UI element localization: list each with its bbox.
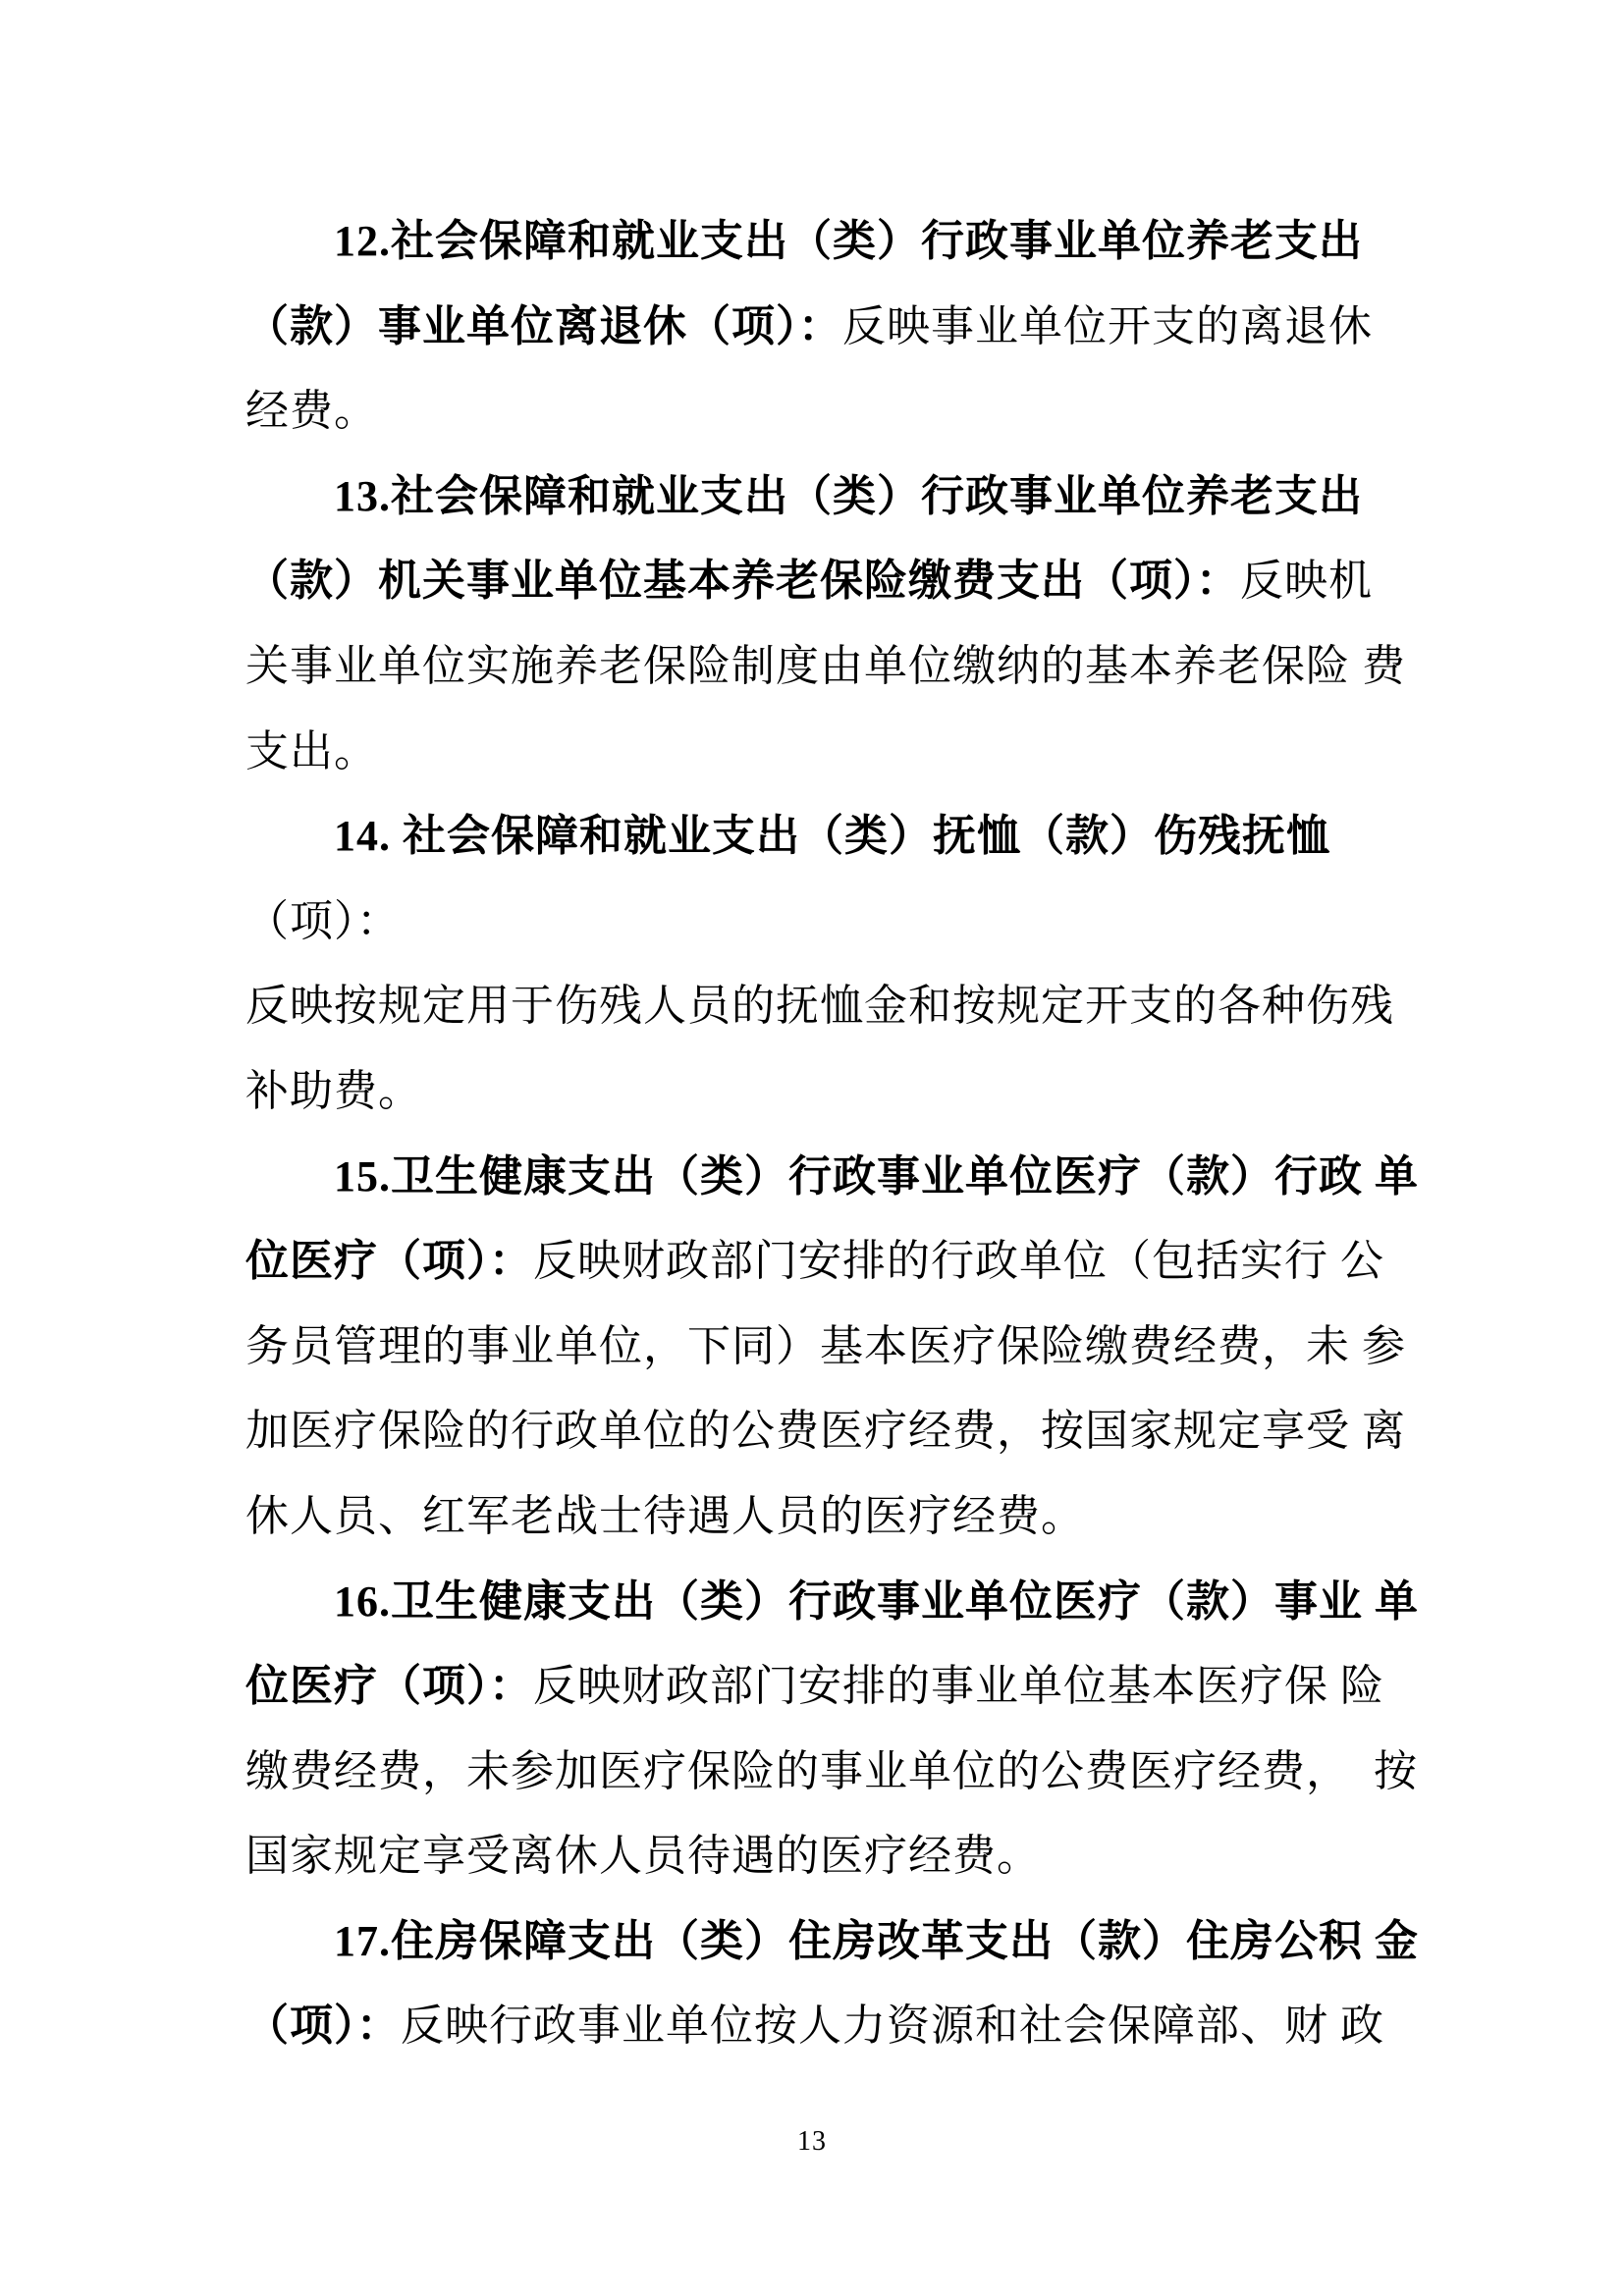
- heading-text: 17.住房保障支出（类）住房改革支出（款）住房公积 金: [334, 1917, 1419, 1965]
- body-text: 缴费经费，未参加医疗保险的事业单位的公费医疗经费， 按: [245, 1747, 1418, 1795]
- text-line: 加医疗保险的行政单位的公费医疗经费，按国家规定享受 离: [245, 1389, 1394, 1474]
- heading-text: 12.社会保障和就业支出（类）行政事业单位养老支出: [334, 217, 1363, 265]
- text-line: （款）机关事业单位基本养老保险缴费支出（项）：反映机: [245, 539, 1394, 624]
- page-number: 13: [0, 2126, 1624, 2158]
- heading-text: 14. 社会保障和就业支出（类）抚恤（款）伤残抚恤: [334, 812, 1330, 860]
- text-line: 12.社会保障和就业支出（类）行政事业单位养老支出: [245, 199, 1394, 285]
- body-text: 支出。: [245, 727, 378, 775]
- text-line: （款）事业单位离退休（项）：反映事业单位开支的离退休: [245, 285, 1394, 370]
- body-text: 反映事业单位开支的离退休: [842, 302, 1373, 350]
- heading-text: 15.卫生健康支出（类）行政事业单位医疗（款）行政 单: [334, 1152, 1419, 1201]
- text-line: 支出。: [245, 710, 1394, 795]
- body-text: 务员管理的事业单位，下同）基本医疗保险缴费经费，未 参: [245, 1322, 1406, 1370]
- text-line: （项）：: [245, 880, 1394, 965]
- heading-text: 位医疗（项）：: [245, 1662, 533, 1710]
- body-text: 反映行政事业单位按人力资源和社会保障部、财 政: [401, 2002, 1384, 2050]
- text-line: （项）：反映行政事业单位按人力资源和社会保障部、财 政: [245, 1984, 1394, 2069]
- text-line: 缴费经费，未参加医疗保险的事业单位的公费医疗经费， 按: [245, 1730, 1394, 1815]
- body-text: （项）：: [245, 897, 401, 945]
- text-line: 国家规定享受离休人员待遇的医疗经费。: [245, 1814, 1394, 1899]
- body-text: 反映财政部门安排的事业单位基本医疗保 险: [533, 1662, 1384, 1710]
- text-line: 位医疗（项）：反映财政部门安排的事业单位基本医疗保 险: [245, 1644, 1394, 1730]
- body-text: 补助费。: [245, 1067, 422, 1115]
- body-text: 国家规定享受离休人员待遇的医疗经费。: [245, 1832, 1041, 1880]
- body-text: 加医疗保险的行政单位的公费医疗经费，按国家规定享受 离: [245, 1407, 1406, 1455]
- body-text: 反映按规定用于伤残人员的抚恤金和按规定开支的各种伤残: [245, 982, 1394, 1030]
- body-text: 关事业单位实施养老保险制度由单位缴纳的基本养老保险 费: [245, 642, 1406, 690]
- text-line: 休人员、红军老战士待遇人员的医疗经费。: [245, 1474, 1394, 1560]
- body-text: 经费。: [245, 387, 378, 435]
- heading-text: （款）事业单位离退休（项）：: [245, 302, 842, 350]
- text-line: 14. 社会保障和就业支出（类）抚恤（款）伤残抚恤: [245, 794, 1394, 880]
- text-line: 16.卫生健康支出（类）行政事业单位医疗（款）事业 单: [245, 1560, 1394, 1645]
- heading-text: 16.卫生健康支出（类）行政事业单位医疗（款）事业 单: [334, 1577, 1419, 1626]
- text-line: 15.卫生健康支出（类）行政事业单位医疗（款）行政 单: [245, 1135, 1394, 1220]
- text-line: 经费。: [245, 369, 1394, 454]
- text-line: 务员管理的事业单位，下同）基本医疗保险缴费经费，未 参: [245, 1305, 1394, 1390]
- document-body: 12.社会保障和就业支出（类）行政事业单位养老支出（款）事业单位离退休（项）：反…: [245, 199, 1394, 2069]
- text-line: 反映按规定用于伤残人员的抚恤金和按规定开支的各种伤残: [245, 964, 1394, 1049]
- text-line: 13.社会保障和就业支出（类）行政事业单位养老支出: [245, 454, 1394, 540]
- heading-text: （项）：: [245, 2002, 401, 2050]
- heading-text: 位医疗（项）：: [245, 1237, 533, 1285]
- body-text: 休人员、红军老战士待遇人员的医疗经费。: [245, 1492, 1085, 1540]
- heading-text: （款）机关事业单位基本养老保险缴费支出（项）：: [245, 557, 1240, 605]
- heading-text: 13.社会保障和就业支出（类）行政事业单位养老支出: [334, 472, 1363, 520]
- text-line: 位医疗（项）：反映财政部门安排的行政单位（包括实行 公: [245, 1219, 1394, 1305]
- text-line: 17.住房保障支出（类）住房改革支出（款）住房公积 金: [245, 1899, 1394, 1985]
- text-line: 补助费。: [245, 1049, 1394, 1135]
- text-line: 关事业单位实施养老保险制度由单位缴纳的基本养老保险 费: [245, 624, 1394, 710]
- body-text: 反映财政部门安排的行政单位（包括实行 公: [533, 1237, 1384, 1285]
- body-text: 反映机: [1240, 557, 1373, 605]
- document-page: 12.社会保障和就业支出（类）行政事业单位养老支出（款）事业单位离退休（项）：反…: [0, 0, 1624, 2296]
